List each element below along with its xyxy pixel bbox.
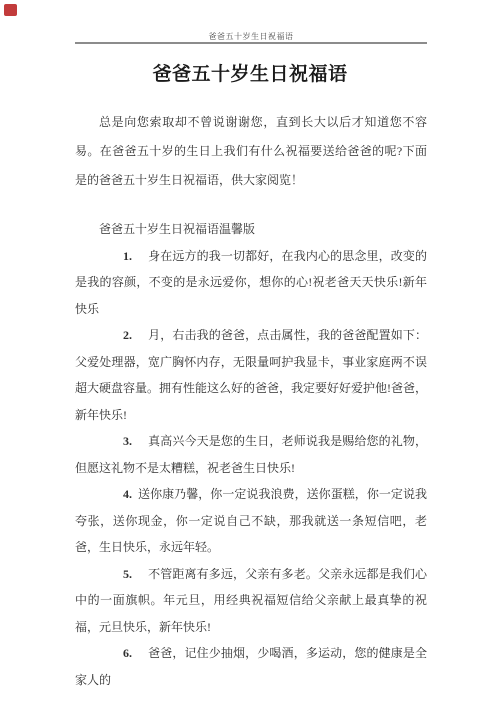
section-heading: 爸爸五十岁生日祝福语温馨版 [75, 216, 427, 243]
item-number: 6. [99, 640, 132, 667]
running-header-text: 爸爸五十岁生日祝福语 [209, 32, 294, 41]
item-number: 5. [99, 561, 132, 588]
item-number: 2. [99, 322, 132, 349]
page-title: 爸爸五十岁生日祝福语 [0, 61, 500, 89]
list-item: 3.真高兴今天是您的生日，老师说我是赐给您的礼物，但愿这礼物不是太糟糕，祝老爸生… [75, 428, 427, 481]
list-item: 6.爸爸，记住少抽烟，少喝酒，多运动，您的健康是全家人的 [75, 640, 427, 693]
red-badge-icon [4, 4, 17, 16]
list-item: 1.身在远方的我一切都好，在我内心的思念里，改变的是我的容颜，不变的是永远爱你，… [75, 243, 427, 323]
running-header: 爸爸五十岁生日祝福语 [75, 0, 427, 44]
item-number: 4. [99, 481, 132, 508]
item-number: 3. [99, 428, 132, 455]
document-page: 爸爸五十岁生日祝福语 爸爸五十岁生日祝福语 总是向您索取却不曾说谢谢您，直到长大… [0, 0, 500, 708]
item-number: 1. [99, 243, 132, 270]
list-item: 4.送你康乃馨，你一定说我浪费，送你蛋糕，你一定说我夸张，送你现金，你一定说自己… [75, 481, 427, 561]
intro-paragraph: 总是向您索取却不曾说谢谢您，直到长大以后才知道您不容易。在爸爸五十岁的生日上我们… [75, 108, 427, 195]
list-item: 2.月，右击我的爸爸，点击属性，我的爸爸配置如下：父爱处理器，宽广胸怀内存，无限… [75, 322, 427, 428]
document-body: 总是向您索取却不曾说谢谢您，直到长大以后才知道您不容易。在爸爸五十岁的生日上我们… [75, 108, 427, 693]
list-item: 5.不管距离有多远，父亲有多老。父亲永远都是我们心中的一面旗帜。年元旦，用经典祝… [75, 561, 427, 641]
